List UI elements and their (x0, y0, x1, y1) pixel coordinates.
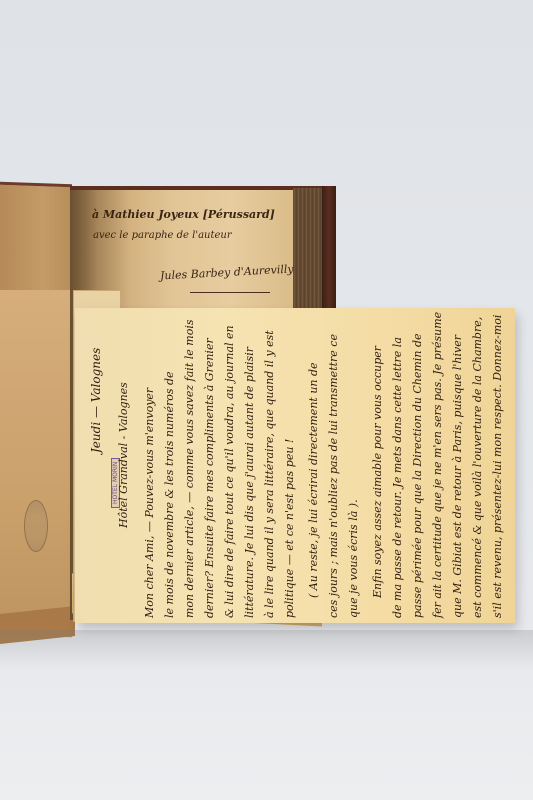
letter-address: Hôtel Grandval - Valognes (117, 382, 130, 528)
inscription-dedication: à Mathieu Joyeux [Pérussard] (92, 208, 275, 221)
letter-line: est commencé & que voilà l'ouverture de … (471, 317, 484, 618)
inscription-note: avec le paraphe de l'auteur (93, 230, 232, 241)
letter-line: mon dernier article, — comme vous savez … (183, 320, 196, 618)
library-seal-stamp (24, 500, 48, 552)
book-endpaper-left (0, 290, 73, 635)
letter-line: que M. Gibiat est de retour à Paris, pui… (451, 335, 464, 618)
letter-dateline: Jeudi — Valognes (89, 348, 103, 453)
letter-line: le mois de novembre & les trois numéros … (163, 371, 176, 618)
letter-line: s'il est revenu, présentez-lui mon respe… (491, 315, 504, 618)
letter-line: Enfin soyez assez aimable pour vous occu… (371, 346, 384, 598)
letter-line: fer ait la certitude que je ne m'en sers… (431, 312, 444, 618)
letter-line: ces jours ; mais n'oubliez pas de lui tr… (327, 334, 340, 618)
letter-line: passe périmée pour que la Direction du C… (411, 333, 424, 618)
letter-line: littérature. Je lui dis que j'aurai auta… (243, 347, 256, 618)
letter-line: dernier? Ensuite faire mes compliments à… (203, 338, 216, 618)
letter-line: politique — et ce n'est pas peu ! (283, 439, 296, 618)
letter-line: de ma passe de retour. Je mets dans cett… (391, 337, 404, 618)
handwritten-letter: HÔTEL MORIN Jeudi — Valognes Hôtel Grand… (75, 308, 515, 623)
letter-line: & lui dire de faire tout ce qu'il voudra… (223, 325, 236, 618)
table-shadow (0, 630, 533, 670)
letter-line: à le lire quand il y sera littéraire, qu… (263, 330, 276, 618)
signature-flourish (190, 292, 270, 293)
letter-line: que je vous écris là ). (347, 499, 360, 618)
letter-line: ( Au reste, je lui écrirai directement u… (307, 362, 320, 598)
letter-line: Mon cher Ami, — Pouvez-vous m'envoyer (143, 388, 156, 618)
